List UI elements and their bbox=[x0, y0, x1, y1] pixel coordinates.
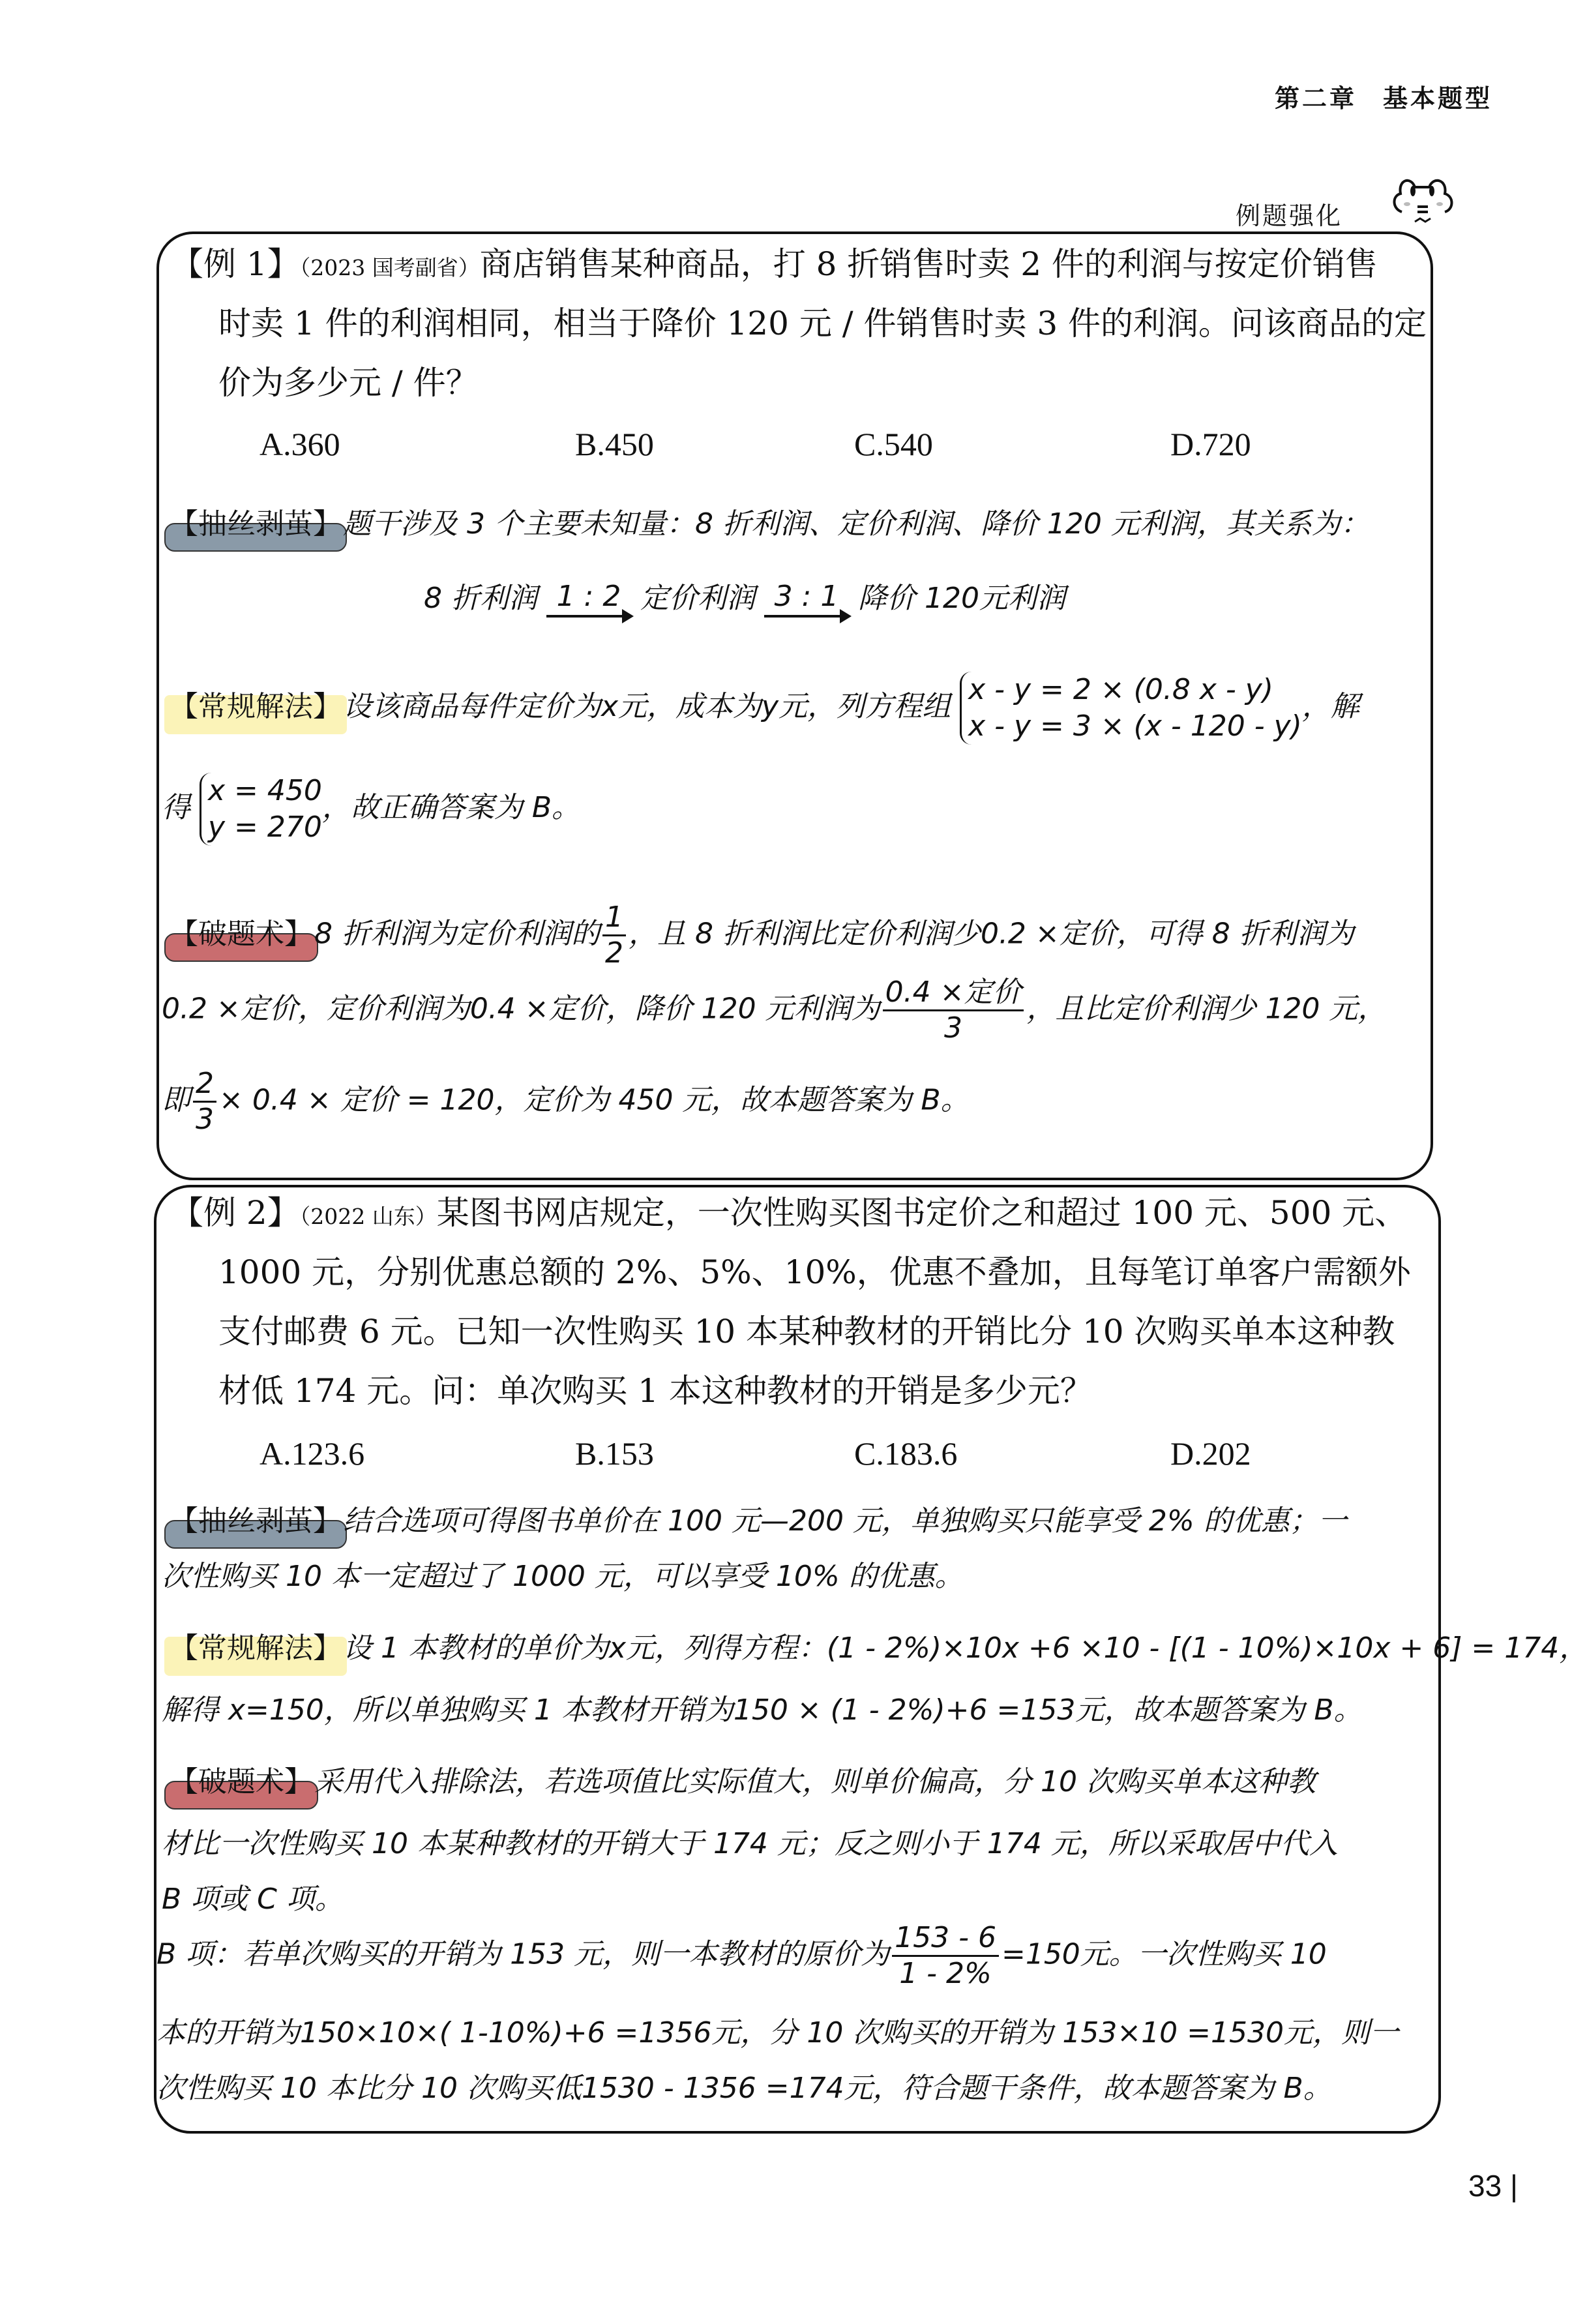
flow-node-3: 降价 120元利润 bbox=[858, 582, 1065, 615]
equation-system: x - y = 2 × (0.8 x - y) x - y = 3 × (x -… bbox=[960, 672, 1302, 745]
example-2-option-d: D.202 bbox=[1170, 1435, 1251, 1472]
ratio-arrow-2: 3 : 1 bbox=[764, 582, 849, 618]
example-2-option-b: B.153 bbox=[575, 1435, 654, 1472]
arrow-right-icon bbox=[764, 615, 849, 618]
example-2-standard-line-1: 【常规解法】设 1 本教材的单价为x元，列得方程：(1 - 2%)×10x +6… bbox=[168, 1630, 1587, 1667]
example-1-ratio-flow: 8 折利润 1 : 2 定价利润 3 : 1 降价 120元利润 bbox=[424, 580, 1065, 618]
example-2-analysis-line-2: 次性购买 10 本一定超过了 1000 元，可以享受 10% 的优惠。 bbox=[162, 1558, 964, 1595]
chapter-title: 基本题型 bbox=[1383, 83, 1492, 113]
example-1-option-d: D.720 bbox=[1170, 425, 1251, 463]
example-2-option-a: A.123.6 bbox=[260, 1435, 364, 1472]
example-1-solution-result: 得 x = 450 y = 270 ，故正确答案为 B。 bbox=[162, 773, 580, 846]
example-1-trick-line-3: 即23× 0.4 × 定价 = 120，定价为 450 元，故本题答案为 B。 bbox=[162, 1069, 970, 1134]
analysis-badge: 【抽丝剥茧】 bbox=[168, 1503, 343, 1540]
example-1-question-line-3: 价为多少元 / 件？ bbox=[218, 363, 479, 402]
standard-badge: 【常规解法】 bbox=[168, 1630, 343, 1667]
example-1-option-b: B.450 bbox=[575, 425, 654, 463]
example-1-trick-line-1: 【破题术】8 折利润为定价利润的12，且 8 折利润比定价利润少0.2 ×定价，… bbox=[168, 903, 1354, 968]
trick-badge: 【破题术】 bbox=[168, 1764, 314, 1800]
example-1-question-line-2: 时卖 1 件的利润相同，相当于降价 120 元 / 件销售时卖 3 件的利润。问… bbox=[218, 304, 1427, 343]
example-2-standard-line-2: 解得 x=150，所以单独购买 1 本教材开销为150 × (1 - 2%)+6… bbox=[162, 1692, 1363, 1729]
example-2-question-line-1: 【例 2】（2022 山东）某图书网店规定，一次性购买图书定价之和超过 100 … bbox=[171, 1193, 1407, 1236]
example-2-analysis-line-1: 【抽丝剥茧】结合选项可得图书单价在 100 元—200 元，单独购买只能享受 2… bbox=[168, 1503, 1347, 1540]
fraction-one-half: 12 bbox=[602, 903, 626, 968]
section-tag: 例题强化 bbox=[1236, 196, 1342, 231]
example-2-trick-line-2: 材比一次性购买 10 本某种教材的开销大于 174 元；反之则小于 174 元，… bbox=[162, 1826, 1338, 1862]
example-1-question-line-1: 【例 1】（2023 国考副省）商店销售某种商品，打 8 折销售时卖 2 件的利… bbox=[171, 245, 1378, 288]
fraction-profit: 0.4 ×定价3 bbox=[883, 978, 1024, 1043]
example-2-option-c: C.183.6 bbox=[854, 1435, 957, 1472]
example-1-standard-solution: 【常规解法】设该商品每件定价为x元，成本为y元，列方程组 x - y = 2 ×… bbox=[168, 672, 1359, 745]
frog-doodle-icon bbox=[1389, 173, 1461, 238]
flow-node-2: 定价利润 bbox=[640, 582, 755, 615]
example-2-label: 【例 2】 bbox=[171, 1194, 300, 1232]
example-1-trick-line-2: 0.2 ×定价，定价利润为0.4 ×定价，降价 120 元利润为0.4 ×定价3… bbox=[162, 978, 1386, 1043]
fraction-two-thirds: 23 bbox=[193, 1069, 216, 1134]
example-2-trick-line-3: B 项或 C 项。 bbox=[162, 1881, 344, 1918]
example-2-option-b-check: B 项：若单次购买的开销为 153 元，则一本教材的原价为153 - 61 - … bbox=[156, 1924, 1327, 1988]
standard-badge: 【常规解法】 bbox=[168, 689, 343, 725]
arrow-right-icon bbox=[546, 615, 631, 618]
ratio-arrow-1: 1 : 2 bbox=[546, 582, 631, 618]
trick-badge: 【破题术】 bbox=[168, 916, 314, 953]
flow-node-1: 8 折利润 bbox=[424, 582, 537, 615]
example-2-tail-line-2: 次性购买 10 本比分 10 次购买低1530 - 1356 =174元，符合题… bbox=[156, 2070, 1332, 2107]
analysis-badge: 【抽丝剥茧】 bbox=[168, 506, 343, 543]
example-1-option-c: C.540 bbox=[854, 425, 933, 463]
fraction-original-price: 153 - 61 - 2% bbox=[892, 1924, 999, 1988]
example-1-label: 【例 1】 bbox=[171, 245, 300, 283]
example-1-option-a: A.360 bbox=[260, 425, 340, 463]
chapter-number: 第二章 bbox=[1275, 83, 1357, 113]
example-2-source: （2022 山东） bbox=[300, 1204, 437, 1229]
example-1-analysis: 【抽丝剥茧】题干涉及 3 个主要未知量：8 折利润、定价利润、降价 120 元利… bbox=[168, 506, 1369, 543]
chapter-header: 第二章基本题型 bbox=[1275, 78, 1492, 114]
page-number: 33 | bbox=[1468, 2168, 1518, 2203]
example-2-question-line-4: 材低 174 元。问：单次购买 1 本这种教材的开销是多少元？ bbox=[218, 1371, 1093, 1410]
example-2-question-line-2: 1000 元，分别优惠总额的 2%、5%、10%，优惠不叠加，且每笔订单客户需额… bbox=[218, 1253, 1411, 1292]
solution-system: x = 450 y = 270 bbox=[200, 773, 322, 846]
example-2-question-line-3: 支付邮费 6 元。已知一次性购买 10 本某种教材的开销比分 10 次购买单本这… bbox=[218, 1312, 1395, 1351]
example-2-trick-line-1: 【破题术】采用代入排除法，若选项值比实际值大，则单价偏高，分 10 次购买单本这… bbox=[168, 1764, 1316, 1800]
example-2-tail-line-1: 本的开销为150×10×( 1-10%)+6 =1356元，分 10 次购买的开… bbox=[156, 2015, 1399, 2051]
example-1-source: （2023 国考副省） bbox=[300, 255, 480, 280]
